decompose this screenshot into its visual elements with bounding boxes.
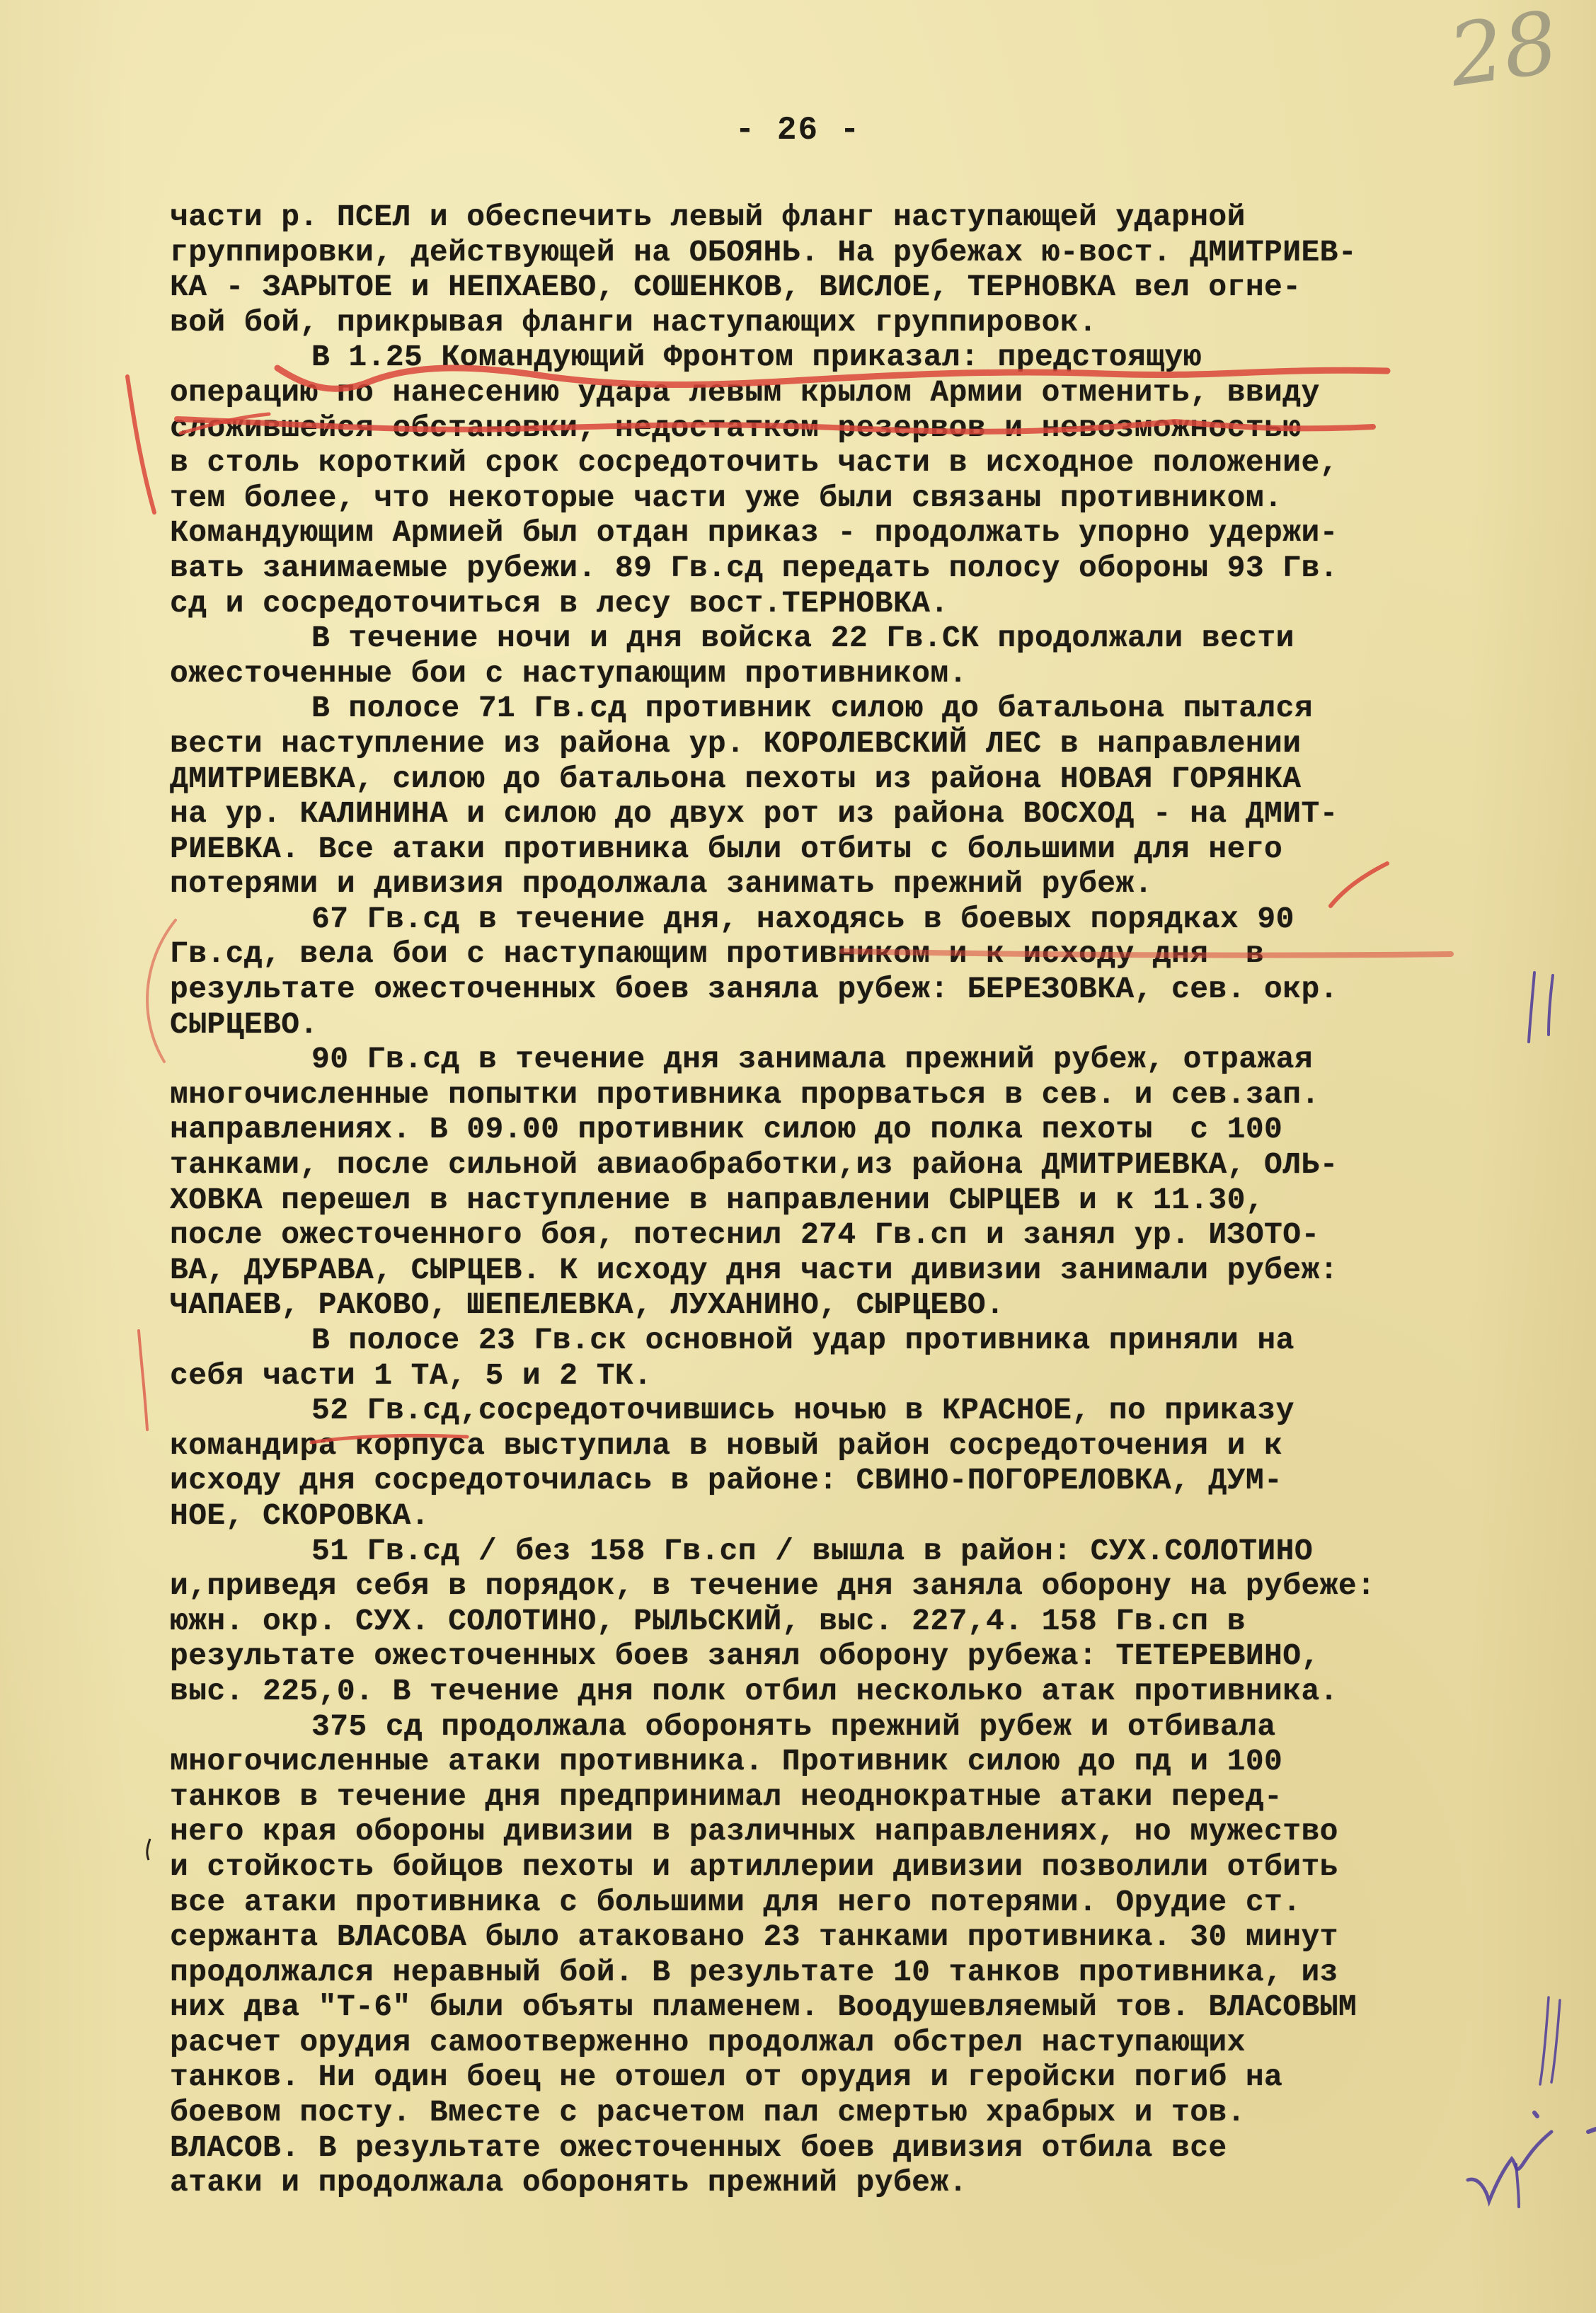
text-line: группировки, действующей на ОБОЯНЬ. На р… — [170, 235, 1557, 270]
text-line: потерями и дивизия продолжала занимать п… — [170, 866, 1557, 902]
text-line: командира корпуса выступила в новый райо… — [170, 1428, 1557, 1464]
document-page: 28 - 26 - части р. ПСЕЛ и обеспечить лев… — [0, 0, 1596, 2313]
text-line: сержанта ВЛАСОВА было атаковано 23 танка… — [170, 1919, 1557, 1955]
text-line: исходу дня сосредоточилась в районе: СВИ… — [170, 1463, 1557, 1498]
text-line: вать занимаемые рубежи. 89 Гв.сд передат… — [170, 551, 1557, 586]
text-line: направлениях. В 09.00 противник силою до… — [170, 1112, 1557, 1147]
text-line: продолжался неравный бой. В результате 1… — [170, 1955, 1557, 1990]
text-line: южн. окр. СУХ. СОЛОТИНО, РЫЛЬСКИЙ, выс. … — [170, 1604, 1557, 1639]
text-line: многочисленные попытки противника прорва… — [170, 1077, 1557, 1113]
text-line: В течение ночи и дня войска 22 Гв.СК про… — [170, 621, 1557, 656]
text-line: 67 Гв.сд в течение дня, находясь в боевы… — [170, 902, 1557, 937]
text-line: все атаки противника с большими для него… — [170, 1885, 1557, 1920]
paragraph: В 1.25 Командующий Фронтом приказал: пре… — [170, 340, 1557, 621]
text-line: ВЛАСОВ. В результате ожесточенных боев д… — [170, 2130, 1557, 2166]
text-line: танками, после сильной авиаобработки,из … — [170, 1147, 1557, 1183]
text-line: вой бой, прикрывая фланги наступающих гр… — [170, 305, 1557, 340]
paragraph: 67 Гв.сд в течение дня, находясь в боевы… — [170, 902, 1557, 1042]
text-line: боевом посту. Вместе с расчетом пал смер… — [170, 2095, 1557, 2130]
text-line: тем более, что некоторые части уже были … — [170, 481, 1557, 516]
text-line: сложившейся обстановки, недостатком резе… — [170, 411, 1557, 446]
paragraph: В полосе 71 Гв.сд противник силою до бат… — [170, 691, 1557, 902]
text-line: ХОВКА перешел в наступление в направлени… — [170, 1183, 1557, 1218]
document-body: части р. ПСЕЛ и обеспечить левый фланг н… — [170, 200, 1557, 2200]
text-line: на ур. КАЛИНИНА и силою до двух рот из р… — [170, 796, 1557, 832]
paragraph: В полосе 23 Гв.ск основной удар противни… — [170, 1323, 1557, 1393]
text-line: 375 сд продолжала оборонять прежний рубе… — [170, 1709, 1557, 1745]
archive-sheet-number: 28 — [1444, 0, 1592, 120]
text-line: ДМИТРИЕВКА, силою до батальона пехоты из… — [170, 762, 1557, 797]
text-line: СЫРЦЕВО. — [170, 1007, 1557, 1043]
text-line: ВА, ДУБРАВА, СЫРЦЕВ. К исходу дня части … — [170, 1253, 1557, 1288]
text-line: и,приведя себя в порядок, в течение дня … — [170, 1568, 1557, 1604]
text-line: В полосе 23 Гв.ск основной удар противни… — [170, 1323, 1557, 1358]
text-line: после ожесточенного боя, потеснил 274 Гв… — [170, 1217, 1557, 1253]
text-line: ожесточенные бои с наступающим противник… — [170, 656, 1557, 691]
paragraph: 375 сд продолжала оборонять прежний рубе… — [170, 1709, 1557, 2200]
text-line: В полосе 71 Гв.сд противник силою до бат… — [170, 691, 1557, 726]
text-line: НОЕ, СКОРОВКА. — [170, 1498, 1557, 1534]
text-line: РИЕВКА. Все атаки противника были отбиты… — [170, 832, 1557, 867]
text-line: в столь короткий срок сосредоточить част… — [170, 445, 1557, 481]
text-line: 52 Гв.сд,сосредоточившись ночью в КРАСНО… — [170, 1393, 1557, 1428]
text-line: Командующим Армией был отдан приказ - пр… — [170, 515, 1557, 551]
paragraph: 51 Гв.сд / без 158 Гв.сп / вышла в район… — [170, 1534, 1557, 1709]
page-number: - 26 - — [0, 112, 1596, 149]
paragraph: 52 Гв.сд,сосредоточившись ночью в КРАСНО… — [170, 1393, 1557, 1533]
text-line: ЧАПАЕВ, РАКОВО, ШЕПЕЛЕВКА, ЛУХАНИНО, СЫР… — [170, 1287, 1557, 1323]
paragraph: части р. ПСЕЛ и обеспечить левый фланг н… — [170, 200, 1557, 340]
text-line: результате ожесточенных боев заняла рубе… — [170, 972, 1557, 1007]
text-line: многочисленные атаки противника. Противн… — [170, 1744, 1557, 1779]
text-line: них два "Т-6" были объяты пламенем. Воод… — [170, 1990, 1557, 2025]
text-line: операцию по нанесению удара левым крылом… — [170, 375, 1557, 411]
text-line: КА - ЗАРЫТОЕ и НЕПХАЕВО, СОШЕНКОВ, ВИСЛО… — [170, 270, 1557, 305]
text-line: 51 Гв.сд / без 158 Гв.сп / вышла в район… — [170, 1534, 1557, 1569]
text-line: танков. Ни один боец не отошел от орудия… — [170, 2060, 1557, 2095]
text-line: себя части 1 ТА, 5 и 2 ТК. — [170, 1358, 1557, 1394]
text-line: результате ожесточенных боев занял оборо… — [170, 1638, 1557, 1674]
text-line: сд и сосредоточиться в лесу вост.ТЕРНОВК… — [170, 586, 1557, 621]
paragraph: 90 Гв.сд в течение дня занимала прежний … — [170, 1042, 1557, 1323]
text-line: выс. 225,0. В течение дня полк отбил нес… — [170, 1674, 1557, 1709]
text-line: атаки и продолжала оборонять прежний руб… — [170, 2165, 1557, 2200]
paragraph: В течение ночи и дня войска 22 Гв.СК про… — [170, 621, 1557, 691]
text-line: Гв.сд, вела бои с наступающим противнико… — [170, 936, 1557, 972]
text-line: и стойкость бойцов пехоты и артиллерии д… — [170, 1849, 1557, 1885]
text-line: 90 Гв.сд в течение дня занимала прежний … — [170, 1042, 1557, 1077]
text-line: части р. ПСЕЛ и обеспечить левый фланг н… — [170, 200, 1557, 235]
text-line: танков в течение дня предпринимал неодно… — [170, 1779, 1557, 1815]
text-line: вести наступление из района ур. КОРОЛЕВС… — [170, 726, 1557, 762]
text-line: В 1.25 Командующий Фронтом приказал: пре… — [170, 340, 1557, 375]
text-line: него края обороны дивизии в различных на… — [170, 1814, 1557, 1849]
text-line: расчет орудия самоотверженно продолжал о… — [170, 2025, 1557, 2060]
